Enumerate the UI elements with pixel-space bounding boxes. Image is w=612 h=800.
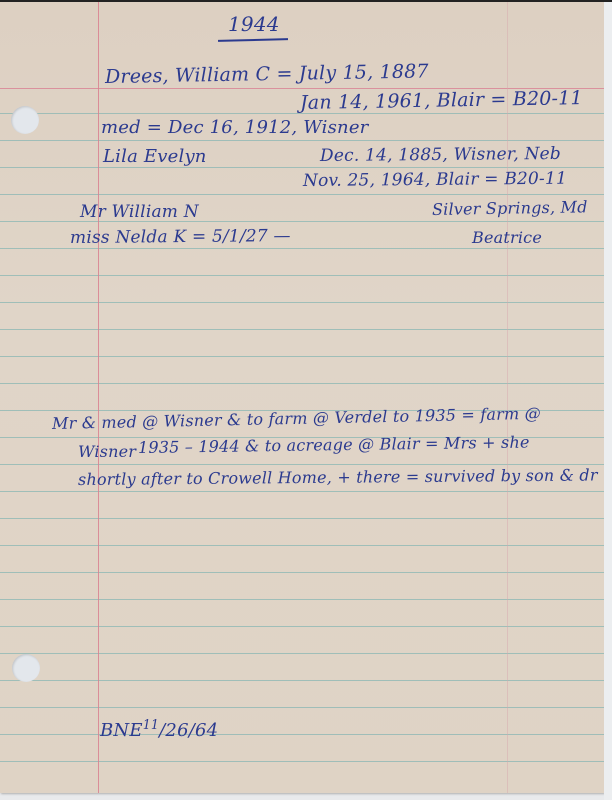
ruled-line <box>0 302 604 303</box>
footer-date-rest: /26/64 <box>159 720 218 741</box>
ruled-line <box>0 383 604 384</box>
wife-name: Lila Evelyn <box>103 146 207 167</box>
ruled-line <box>0 653 604 654</box>
wife-death-line: Nov. 25, 1964, Blair = B20-11 <box>303 169 567 191</box>
ruled-line <box>0 626 604 627</box>
child-1-name: Mr William N <box>80 202 199 222</box>
ruled-line <box>0 167 604 168</box>
ruled-line <box>0 140 604 141</box>
ruled-line <box>0 707 604 708</box>
footer-prefix: BNE <box>100 720 143 741</box>
notes-line-1: Mr & med @ Wisner & to farm @ Verdel to … <box>52 404 541 433</box>
year-underline <box>218 38 288 41</box>
year-heading: 1944 <box>228 12 280 36</box>
ruled-line <box>0 329 604 330</box>
right-margin-line <box>507 0 508 793</box>
left-margin-line <box>98 0 99 793</box>
ruled-line <box>0 491 604 492</box>
ruled-line <box>0 464 604 465</box>
ruled-line <box>0 545 604 546</box>
married-line: med = Dec 16, 1912, Wisner <box>101 117 368 138</box>
scan-background-edge <box>604 0 612 800</box>
punch-hole <box>11 106 39 134</box>
ruled-line <box>0 356 604 357</box>
husband-name-line: Drees, William C = July 15, 1887 <box>105 60 429 88</box>
notes-line-2-place: Wisner <box>78 442 136 461</box>
wife-birth-line: Dec. 14, 1885, Wisner, Neb <box>320 144 561 166</box>
footer-source: BNE11/26/64 <box>100 720 218 741</box>
notebook-page: 1944 Drees, William C = July 15, 1887 Ja… <box>0 0 604 793</box>
ruled-line <box>0 599 604 600</box>
child-1-place: Silver Springs, Md <box>432 197 588 219</box>
ruled-line <box>0 275 604 276</box>
child-2-place: Beatrice <box>472 228 542 247</box>
ruled-line <box>0 761 604 762</box>
ruled-line <box>0 194 604 195</box>
ruled-line <box>0 734 604 735</box>
ruled-line <box>0 572 604 573</box>
child-2-name: miss Nelda K = 5/1/27 — <box>70 226 291 248</box>
ruled-line <box>0 518 604 519</box>
ruled-line <box>0 248 604 249</box>
husband-death-line: Jan 14, 1961, Blair = B20-11 <box>300 87 583 114</box>
notes-line-3: shortly after to Crowell Home, + there =… <box>78 465 598 489</box>
footer-date-month: 11 <box>143 717 159 732</box>
punch-hole <box>12 654 40 682</box>
ruled-line <box>0 680 604 681</box>
scan-top-edge <box>0 0 612 2</box>
notes-line-2: 1935 – 1944 & to acreage @ Blair = Mrs +… <box>138 433 530 457</box>
